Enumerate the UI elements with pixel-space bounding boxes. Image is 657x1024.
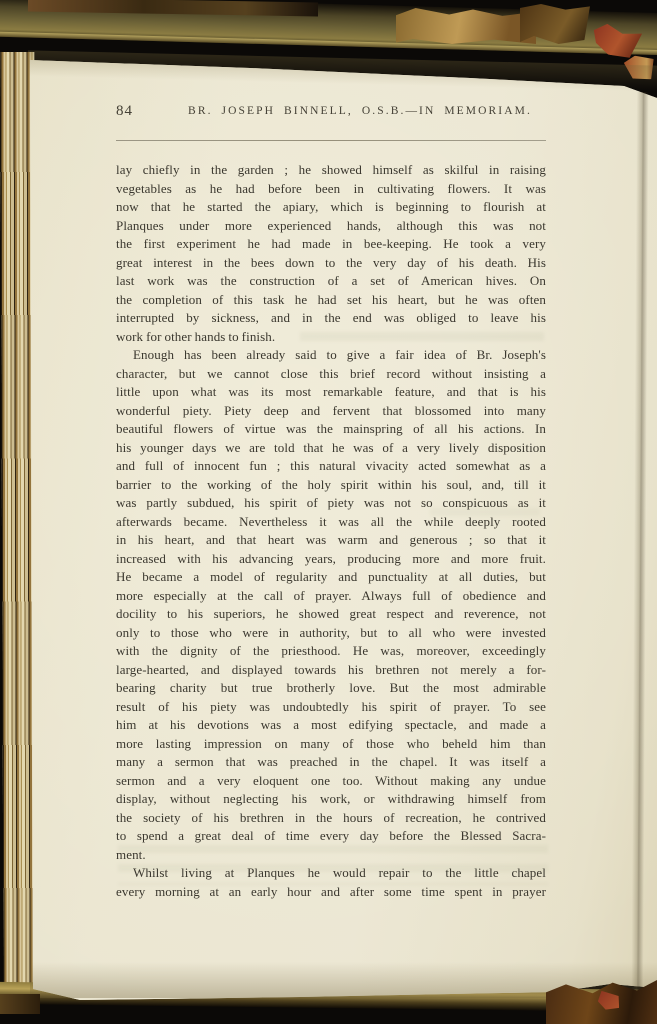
page-header: 84 BR. JOSEPH BINNELL, O.S.B.—IN MEMORIA… — [116, 102, 546, 124]
cover-leather-fragment — [0, 994, 40, 1014]
text-line: only to those who were in authority, but… — [116, 624, 546, 643]
text-line: his younger days we are told that he was… — [116, 439, 546, 458]
text-line: He became a model of regularity and punc… — [116, 568, 546, 587]
text-line: last work was the construction of a set … — [116, 272, 546, 291]
text-line: barrier to the working of the holy spiri… — [116, 476, 546, 495]
text-line: Planques under more experienced hands, a… — [116, 217, 546, 236]
text-line: display, without neglecting his work, or… — [116, 790, 546, 809]
text-line: increased with his advancing years, prod… — [116, 550, 546, 569]
text-line: great interest in the bees down to the v… — [116, 254, 546, 273]
text-line: work for other hands to finish. — [116, 328, 546, 347]
text-line: large-hearted, and displayed towards his… — [116, 661, 546, 680]
text-line: sermon and a very eloquent one too. With… — [116, 772, 546, 791]
text-line: with the dignity of the priesthood. He w… — [116, 642, 546, 661]
text-line: every morning at an early hour and after… — [116, 883, 546, 902]
text-line: beautiful flowers of virtue was the main… — [116, 420, 546, 439]
text-line: Enough has been already said to give a f… — [116, 346, 546, 365]
text-line: the society of his brethren in the hours… — [116, 809, 546, 828]
text-line: in his heart, and that heart was warm an… — [116, 531, 546, 550]
text-line: vegetables as he had before been in cult… — [116, 180, 546, 199]
running-title: BR. JOSEPH BINNELL, O.S.B.—IN MEMORIAM. — [166, 105, 554, 117]
text-line: little upon what was its most remarkable… — [116, 383, 546, 402]
text-line: Whilst living at Planques he would repai… — [116, 864, 546, 883]
text-line: now that he started the apiary, which is… — [116, 198, 546, 217]
text-line: ment. — [116, 846, 546, 865]
text-line: interrupted by sickness, and in the end … — [116, 309, 546, 328]
header-rule — [116, 140, 546, 141]
text-line: the first experiment he had made in bee-… — [116, 235, 546, 254]
text-line: docility to his superiors, he showed gre… — [116, 605, 546, 624]
text-line: more lasting impression on many of those… — [116, 735, 546, 754]
text-line: and full of innocent fun ; this natural … — [116, 457, 546, 476]
text-line: wonderful piety. Piety deep and fervent … — [116, 402, 546, 421]
text-line: him at his devotions was a most edifying… — [116, 716, 546, 735]
page-number: 84 — [116, 103, 133, 120]
text-line: the completion of this task he had set h… — [116, 291, 546, 310]
printed-content: 84 BR. JOSEPH BINNELL, O.S.B.—IN MEMORIA… — [116, 102, 546, 901]
text-line: more especially at the call of prayer. A… — [116, 587, 546, 606]
book-photo: 84 BR. JOSEPH BINNELL, O.S.B.—IN MEMORIA… — [0, 0, 657, 1024]
text-line: was partly subdued, his spirit of piety … — [116, 494, 546, 513]
text-block: lay chiefly in the garden ; he showed hi… — [116, 161, 546, 901]
text-line: bearing charity but true brotherly love.… — [116, 679, 546, 698]
text-line: lay chiefly in the garden ; he showed hi… — [116, 161, 546, 180]
text-line: to spend a great deal of time every day … — [116, 827, 546, 846]
text-line: character, but we cannot close this brie… — [116, 365, 546, 384]
text-line: result of his piety was undoubtedly his … — [116, 698, 546, 717]
text-line: many a sermon that was preached in the c… — [116, 753, 546, 772]
text-line: afterwards became. Nevertheless it was a… — [116, 513, 546, 532]
